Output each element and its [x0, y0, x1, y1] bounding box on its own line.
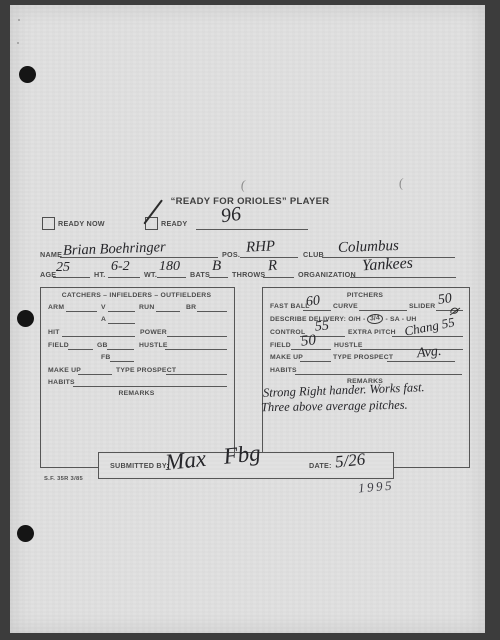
pos-label: POS. [222, 250, 240, 259]
makeup-label-pitchers: MAKE UP [270, 354, 303, 361]
club-handwriting: Columbus [338, 239, 399, 256]
hit-label: HIT [48, 329, 60, 336]
ht-handwriting: 6-2 [111, 260, 130, 274]
blank-line [167, 329, 227, 337]
blank-line [359, 303, 407, 311]
punch-hole [17, 525, 34, 542]
arm-label: ARM [48, 304, 64, 311]
date-label: DATE: [309, 461, 332, 470]
extra-pitch-label: EXTRA PITCH [348, 329, 396, 336]
blank-line [108, 316, 135, 324]
type-prospect-label-pitchers: TYPE PROSPECT [333, 354, 393, 361]
date-handwriting: 5/26 [334, 450, 366, 470]
blank-line [165, 342, 227, 350]
blank-line [110, 354, 134, 362]
bats-label: BATS [190, 270, 210, 279]
field-label-pitchers: FIELD [270, 342, 291, 349]
position-players-box [40, 287, 235, 468]
habits-label: HABITS [48, 379, 75, 386]
hustle-label-pitchers: HUSTLE [334, 342, 363, 349]
blank-line [360, 342, 463, 350]
club-label: CLUB [303, 250, 324, 259]
slider-label: SLIDER [409, 303, 435, 310]
blank-line [73, 379, 227, 387]
position-box-title: CATCHERS – INFIELDERS – OUTFIELDERS [40, 292, 233, 299]
field-handwriting: 50 [300, 333, 316, 349]
v-label: V [101, 304, 106, 311]
field-label: FIELD [48, 342, 69, 349]
blank-line [108, 304, 135, 312]
br-label: BR [186, 304, 196, 311]
age-handwriting: 25 [56, 261, 70, 275]
type-prospect-handwriting: Avg. [416, 345, 442, 361]
delivery-circled-value: 3/4 [367, 313, 384, 324]
blank-line [66, 304, 97, 312]
power-label: POWER [140, 329, 167, 336]
wt-handwriting: 180 [159, 260, 180, 274]
control-handwriting: 55 [314, 319, 329, 334]
remarks-handwriting-line2: Three above average pitches. [261, 399, 408, 414]
form-number: S.F. 35R 3/85 [44, 476, 83, 482]
date-year-handwriting: 1995 [358, 478, 395, 494]
blank-line [196, 221, 308, 230]
organization-handwriting: Yankees [362, 256, 414, 275]
blank-line [295, 367, 462, 375]
blank-line [68, 342, 93, 350]
name-handwriting: Brian Boehringer [63, 240, 166, 258]
fast-ball-handwriting: 60 [305, 294, 320, 309]
blank-line [62, 329, 135, 337]
name-label: NAME [40, 250, 62, 259]
throws-label: THROWS [232, 270, 265, 279]
habits-label-pitchers: HABITS [270, 367, 297, 374]
blank-line [166, 367, 227, 375]
throws-handwriting: R [267, 259, 277, 275]
ready-now-checkbox [42, 217, 55, 230]
scan-speck [17, 42, 19, 44]
run-label: RUN [139, 304, 154, 311]
ready-label: READY [161, 219, 187, 228]
remarks-label: REMARKS [40, 390, 233, 397]
ht-label: HT. [94, 270, 106, 279]
scanned-scouting-form: ( ( “READY FOR ORIOLES” PLAYER READY NOW… [0, 0, 500, 640]
bats-handwriting: B [212, 259, 221, 274]
organization-label: ORGANIZATION [298, 270, 356, 279]
a-label: A [101, 316, 106, 323]
form-title: “READY FOR ORIOLES” PLAYER [100, 196, 400, 207]
blank-line [78, 367, 112, 375]
curve-label: CURVE [333, 303, 358, 310]
blank-line [107, 342, 134, 350]
hustle-label: HUSTLE [139, 342, 168, 349]
punch-hole [19, 66, 36, 83]
describe-delivery-line: DESCRIBE DELIVERY: O/H - 3/4 - SA - UH [270, 314, 417, 324]
submitted-by-label: SUBMITTED BY: [110, 461, 169, 470]
pos-handwriting: RHP [246, 239, 276, 256]
ready-now-label: READY NOW [58, 219, 105, 228]
makeup-label: MAKE UP [48, 367, 81, 374]
wt-label: WT. [144, 270, 157, 279]
ready-year-handwriting: 96 [220, 204, 243, 227]
blank-line [300, 354, 331, 362]
blank-line [156, 304, 180, 312]
blank-line [197, 304, 227, 312]
punch-hole [17, 310, 34, 327]
scan-speck [18, 19, 20, 21]
